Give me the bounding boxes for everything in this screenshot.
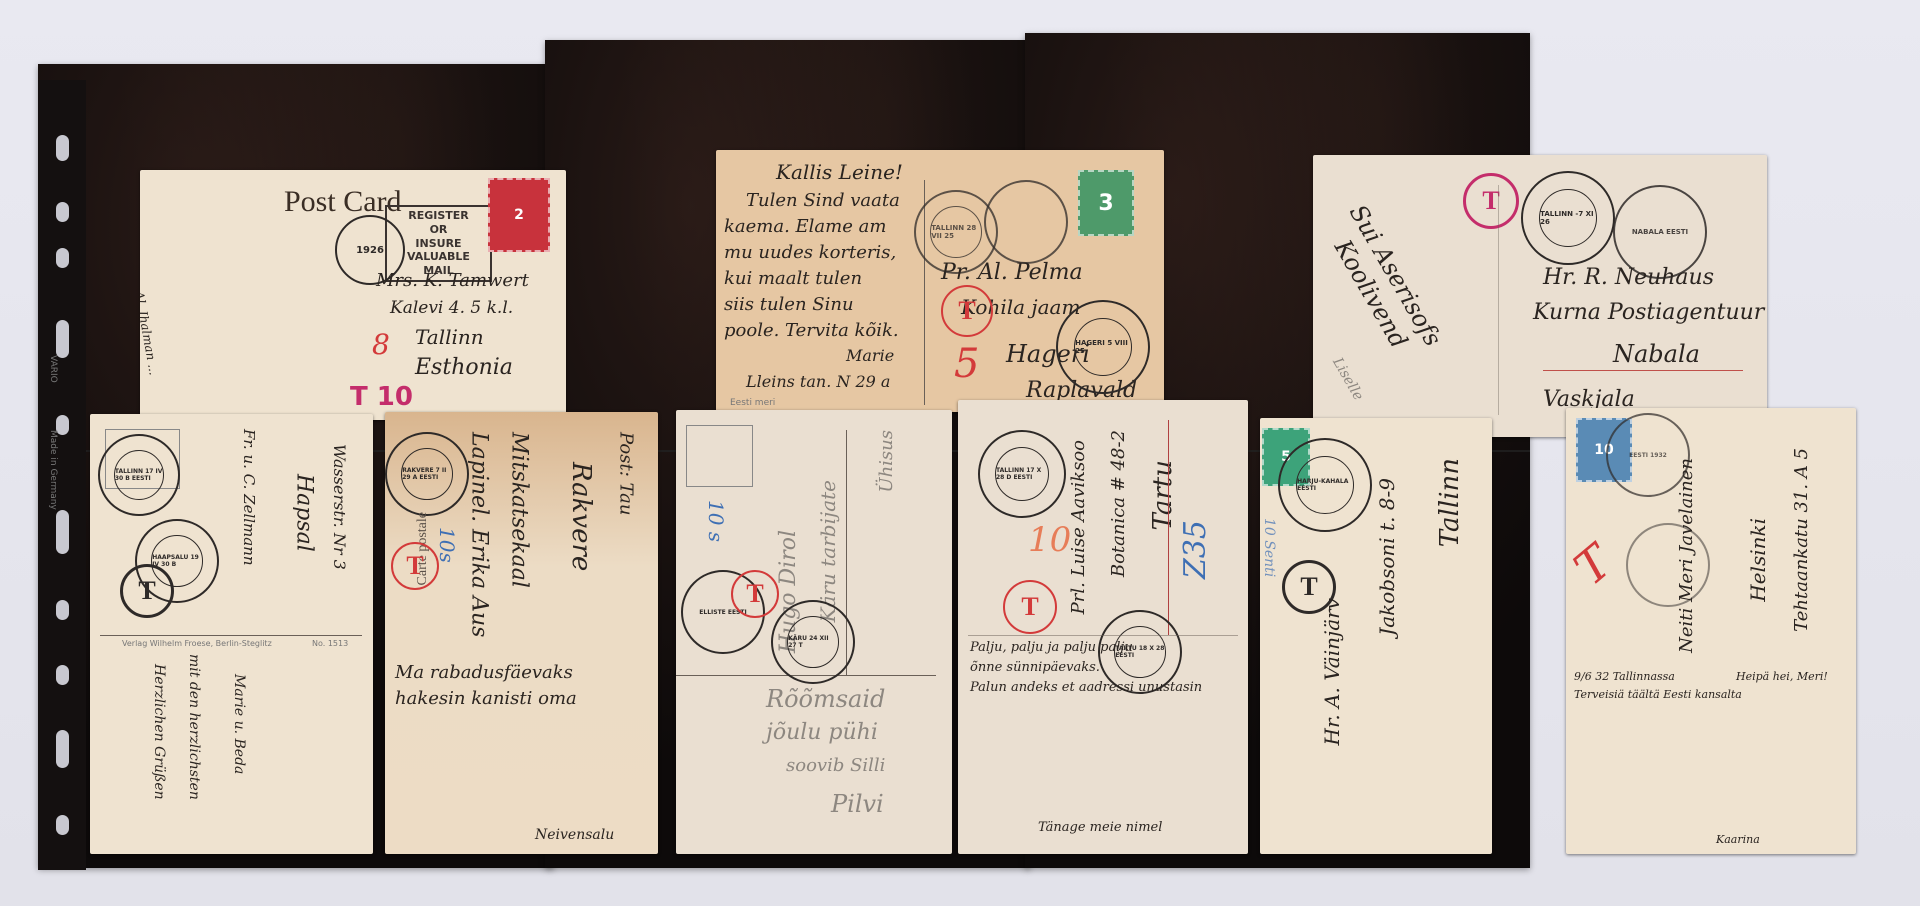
greeting: Kallis Leine! <box>776 160 903 184</box>
address-line: Wasserstr. Nr 3 <box>330 444 349 570</box>
address-line: Ühisus <box>876 430 898 493</box>
postmark: TALLINN -7 XI 26 <box>1521 171 1615 265</box>
postmark-date: HARJU-KAHALA EESTI <box>1297 478 1353 492</box>
postmark-date: TALLINN 28 VII 25 <box>931 224 981 240</box>
cover-harju-kahala: 5 HARJU-KAHALA EESTI 10 Senti T Hr. A. V… <box>1260 418 1492 854</box>
address-line: Botanica # 48-2 <box>1108 430 1130 577</box>
stamp-box <box>686 425 753 487</box>
finnish-postcard-helsinki: 10 EESTI 1932 T Neiti Meri Javelainen He… <box>1566 408 1856 854</box>
address-line: Fr. u. C. Zellmann <box>240 429 258 566</box>
message-line: Liselle <box>1328 355 1366 404</box>
due-mark: T <box>746 579 763 609</box>
due-mark: T <box>1566 535 1623 597</box>
address-line: Tallinn <box>1435 458 1466 547</box>
postmark-date: 1926 <box>356 245 384 256</box>
message-line: Terveisiä täältä Eesti kansalta <box>1574 688 1742 701</box>
pencil-note: 10 Senti <box>1260 518 1277 577</box>
postmark: TALLINN 17 IV 30 B EESTI <box>98 434 180 516</box>
message-line: õnne sünnipäevaks. <box>970 660 1100 676</box>
due-mark: T <box>1300 572 1317 602</box>
postmark: TALLINN 17 X 28 D EESTI <box>978 430 1066 518</box>
postmark-date: TALLINN -7 XI 26 <box>1540 210 1596 226</box>
due-t-mark: T <box>941 285 993 337</box>
message-line: Marie u. Beda <box>230 674 247 774</box>
binder-hole <box>56 600 69 620</box>
postmark: KÄRU 24 XII 27 T <box>771 600 855 684</box>
address-line: Tallinn <box>415 325 484 349</box>
due-t-mark: T <box>731 570 779 618</box>
address-line: Tartu <box>1148 460 1179 530</box>
divider-line <box>1543 370 1743 371</box>
postmark-date: EESTI 1932 <box>1629 452 1667 459</box>
binder-hole <box>56 135 69 161</box>
divider-line <box>968 635 1238 636</box>
sender-address: Lleins tan. N 29 a <box>746 372 890 391</box>
postmark <box>984 180 1068 264</box>
address-line: Neiti Meri Javelainen <box>1676 458 1698 653</box>
divider-line <box>1498 185 1499 415</box>
postmark-date: TALLINN 17 X 28 D EESTI <box>996 467 1048 481</box>
binder-hole <box>56 320 69 358</box>
strip-subimprint: Made in Germany <box>48 430 58 510</box>
estonian-postcard-pelma: Kallis Leine! Tulen Sind vaata kaema. El… <box>716 150 1164 412</box>
signature: Kaarina <box>1716 833 1760 846</box>
message-line: Heipä hei, Meri! <box>1736 670 1828 683</box>
address-line: Lapinel. Erika Aus <box>465 432 491 637</box>
cancel-line: REGISTER <box>391 209 486 223</box>
postcard-nabala: Sui Aserisofs Koolivend Liselle T TALLIN… <box>1313 155 1767 437</box>
postcard-karu: 10 s Hugo Dirol Käru tarbijate Ühisus EL… <box>676 410 952 854</box>
postmark-date: NABALA EESTI <box>1632 228 1688 236</box>
message-text: Al. Ihalman ... <box>140 290 161 376</box>
postcard-rakvere: RAKVERE 7 II 29 A EESTI Carte postale T … <box>385 412 658 854</box>
message-line: siis tulen Sinu <box>724 294 854 316</box>
due-mark: T <box>1021 592 1038 622</box>
due-mark: 5 <box>954 340 979 388</box>
postcard-title: Post Card <box>284 185 402 219</box>
message-line: kaema. Elame am <box>724 216 886 238</box>
message-line: Herzlichen Grüßen <box>150 664 167 800</box>
message-line: Palun andeks et aadressi unustasin <box>970 680 1202 696</box>
address-line: Mrs. K. Tamwert <box>376 270 529 292</box>
postmark: RAKVERE 7 II 29 A EESTI <box>385 432 469 516</box>
postmark-date: RAKVERE 7 II 29 A EESTI <box>402 467 452 481</box>
postmark-date: KÄRU 24 XII 27 T <box>788 635 838 649</box>
message-line: mu uudes korteris, <box>724 242 896 264</box>
message-line: jõulu pühi <box>766 720 878 746</box>
due-mark: T 10 <box>350 382 413 412</box>
us-stamp: 2 <box>488 178 550 252</box>
message-line: hakesin kanisti oma <box>395 688 577 710</box>
due-mark: T <box>958 296 975 326</box>
binder-hole <box>56 815 69 835</box>
binder-hole <box>56 665 69 685</box>
address-line: Kurna Postiagentuur <box>1533 300 1764 326</box>
address-line: Helsinki <box>1746 518 1770 602</box>
cancel-line: OR <box>391 223 486 237</box>
postmark-date: HAAPSALU 19 IV 30 B <box>152 554 202 568</box>
estonian-stamp: 3 <box>1078 170 1134 236</box>
address-line: Rakvere <box>565 462 596 571</box>
postmark: HAGERI 5 VIII 25 <box>1056 300 1150 394</box>
stamp-value: 3 <box>1098 191 1113 216</box>
due-mark: 10s <box>435 527 459 563</box>
due-t-mark: T <box>120 564 174 618</box>
message-line: Ma rabadusfäevaks <box>395 662 573 684</box>
address-line: Jakobsoni t. 8-9 <box>1375 478 1399 636</box>
due-mark: T <box>138 576 155 606</box>
binder-hole <box>56 202 69 222</box>
address-line: Pr. Al. Pelma <box>941 260 1083 286</box>
address-line: Mitskatsekaal <box>505 432 531 588</box>
due-mark: 8 <box>372 328 390 362</box>
address-line: Kalevi 4. 5 k.l. <box>390 298 513 318</box>
message-line: kui maalt tulen <box>724 268 862 290</box>
message-line: Tulen Sind vaata <box>746 190 900 212</box>
signature: Neivensalu <box>535 827 614 844</box>
strip-imprint: VARIO <box>48 355 58 383</box>
postmark-date: TALLINN 17 IV 30 B EESTI <box>115 468 163 482</box>
signature: Marie <box>846 346 894 365</box>
binder-strip: VARIO Made in Germany <box>38 80 86 870</box>
address-line: Nabala <box>1613 340 1700 369</box>
message-line: Tänage meie nimel <box>1038 820 1162 836</box>
divider-line <box>100 635 362 636</box>
address-line: Hapsal <box>290 474 316 552</box>
message-line: Rõõmsaid <box>766 685 885 714</box>
message-line: Palju, palju ja palju palju <box>970 640 1133 656</box>
address-line: Tehtaankatu 31. A 5 <box>1791 448 1813 632</box>
signature: Pilvi <box>831 790 884 819</box>
address-line: Hr. A. Väinjärv <box>1320 598 1344 745</box>
message-line: soovib Silli <box>786 755 885 777</box>
binder-hole <box>56 730 69 768</box>
publisher-imprint: Verlag Wilhelm Froese, Berlin-Steglitz <box>122 639 272 648</box>
cancel-line: INSURE <box>391 237 486 251</box>
postcard-haapsalu: TALLINN 17 IV 30 B EESTI HAAPSALU 19 IV … <box>90 414 373 854</box>
message-line: poole. Tervita kõik. <box>724 320 899 342</box>
due-mark: T <box>406 551 423 581</box>
postmark-date: HAGERI 5 VIII 25 <box>1075 339 1131 355</box>
address-line: Esthonia <box>415 355 513 381</box>
due-mark: Z35 <box>1178 520 1214 579</box>
us-postcard: Post Card Al. Ihalman ... REGISTER OR IN… <box>140 170 566 420</box>
due-mark: 10 <box>1028 520 1071 561</box>
binder-hole <box>56 510 69 554</box>
printed-text: Eesti meri <box>730 398 775 408</box>
due-t-mark: T <box>1003 580 1057 634</box>
postcard-tartu: TALLINN 17 X 28 D EESTI Prl. Luise Aavik… <box>958 400 1248 854</box>
due-t-mark: T <box>1463 173 1519 229</box>
postmark: HARJU-KAHALA EESTI <box>1278 438 1372 532</box>
address-line: Post: Tau <box>615 432 637 515</box>
due-t-mark: T <box>391 542 439 590</box>
stamp-value: 2 <box>514 207 524 223</box>
address-line: Hr. R. Neuhaus <box>1543 265 1714 291</box>
message-line: mit den herzlichsten <box>185 654 202 800</box>
card-number: No. 1513 <box>312 639 348 648</box>
binder-hole <box>56 248 69 268</box>
divider-line <box>1168 420 1169 635</box>
due-mark: 10 s <box>704 500 728 542</box>
message-line: 9/6 32 Tallinnassa <box>1574 670 1675 683</box>
